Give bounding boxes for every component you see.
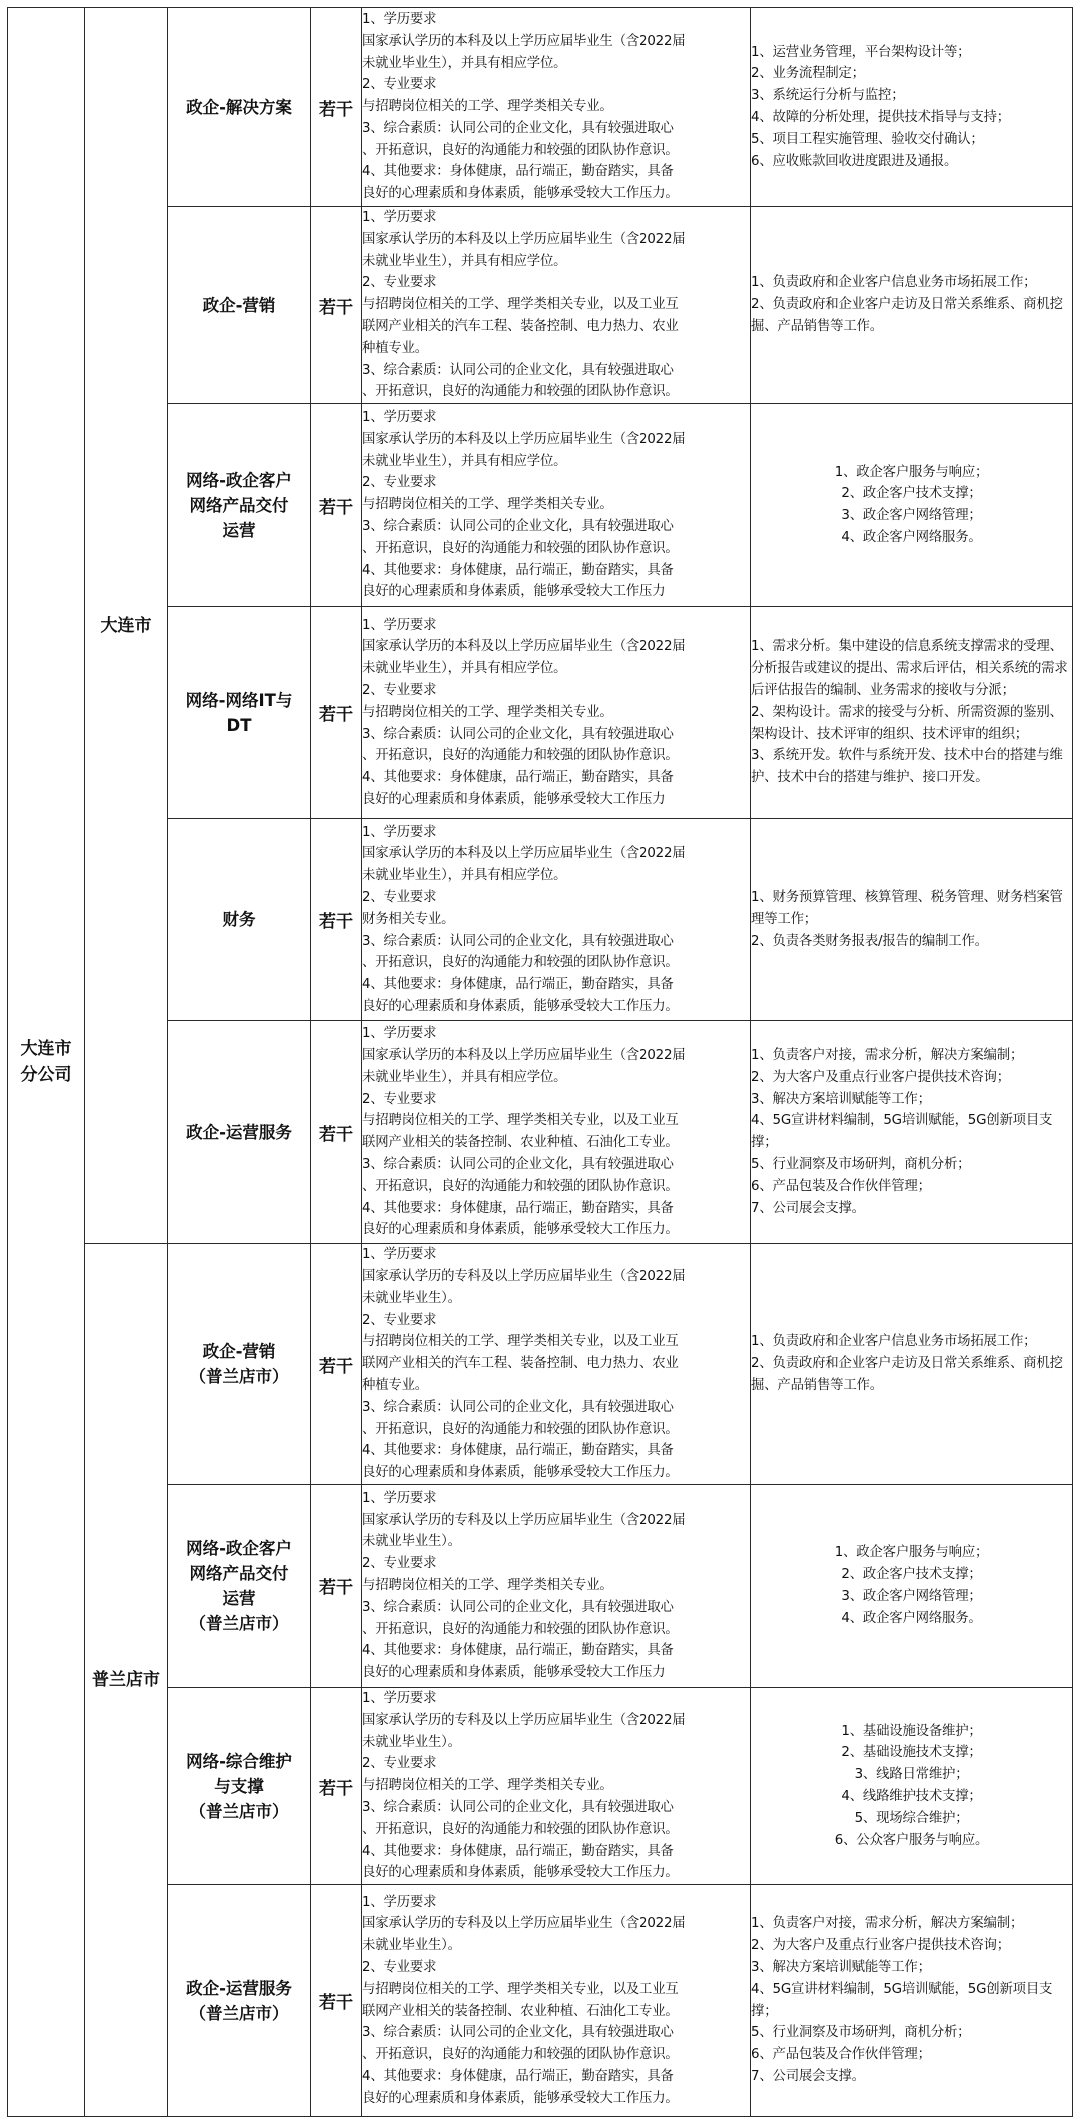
duties-cell: 1、负责政府和企业客户信息业务市场拓展工作；2、负责政府和企业客户走访及日常关系… <box>751 207 1073 404</box>
requirement-line: 1、学历要求 <box>362 9 750 31</box>
duties-cell: 1、财务预算管理、核算管理、税务管理、财务档案管理等工作；2、负责各类财务报表/… <box>751 819 1073 1021</box>
requirement-line: 1、学历要求 <box>362 822 750 844</box>
duties-cell: 1、运营业务管理，平台架构设计等；2、业务流程制定；3、系统运行分析与监控；4、… <box>751 8 1073 207</box>
duty-line: 3、系统开发。软件与系统开发、技术中台的搭建与维护、技术中台的搭建与维护、接口开… <box>751 745 1072 789</box>
duty-line: 4、5G宣讲材料编制，5G培训赋能，5G创新项目支撑； <box>751 1110 1072 1154</box>
requirements-cell: 1、学历要求国家承认学历的专科及以上学历应届毕业生（含2022届未就业毕业生）。… <box>362 1484 751 1687</box>
duty-line: 2、基础设施技术支撑； <box>751 1742 1072 1764</box>
duty-line: 2、业务流程制定； <box>751 63 1072 85</box>
requirement-line: 良好的心理素质和身体素质，能够承受较大工作压力 <box>362 789 750 811</box>
requirement-line: 4、其他要求：身体健康，品行端正，勤奋踏实，具备 <box>362 2066 750 2088</box>
duty-line: 7、公司展会支撑。 <box>751 1198 1072 1220</box>
requirement-line: 、开拓意识，良好的沟通能力和较强的团队协作意识。 <box>362 952 750 974</box>
duty-line: 3、解决方案培训赋能等工作； <box>751 1089 1072 1111</box>
requirement-line: 联网产业相关的汽车工程、装备控制、电力热力、农业 <box>362 1353 750 1375</box>
duty-line: 4、政企客户网络服务。 <box>751 527 1072 549</box>
requirement-line: 未就业毕业生）。 <box>362 1531 750 1553</box>
position-name: 政企-运营服务 （普兰店市） <box>168 1885 311 2117</box>
headcount: 若干 <box>311 607 362 819</box>
requirement-line: 1、学历要求 <box>362 1688 750 1710</box>
requirement-line: 3、综合素质：认同公司的企业文化，具有较强进取心 <box>362 1597 750 1619</box>
requirement-line: 3、综合素质：认同公司的企业文化，具有较强进取心 <box>362 516 750 538</box>
duty-line: 1、政企客户服务与响应； <box>751 1542 1072 1564</box>
requirement-line: 未就业毕业生）。 <box>362 1732 750 1754</box>
requirement-line: 良好的心理素质和身体素质，能够承受较大工作压力。 <box>362 1219 750 1241</box>
requirement-line: 4、其他要求：身体健康，品行端正，勤奋踏实，具备 <box>362 1841 750 1863</box>
duty-line: 4、政企客户网络服务。 <box>751 1608 1072 1630</box>
duty-line: 3、解决方案培训赋能等工作； <box>751 1957 1072 1979</box>
requirement-line: 3、综合素质：认同公司的企业文化，具有较强进取心 <box>362 931 750 953</box>
recruitment-table-body: 大连市 分公司大连市政企-解决方案若干1、学历要求国家承认学历的本科及以上学历应… <box>8 8 1073 2117</box>
requirement-line: 良好的心理素质和身体素质，能够承受较大工作压力。 <box>362 183 750 205</box>
duty-line: 2、政企客户技术支撑； <box>751 483 1072 505</box>
city-cell: 普兰店市 <box>85 1244 168 2117</box>
duty-line: 2、负责各类财务报表/报告的编制工作。 <box>751 931 1072 953</box>
duties-cell: 1、政企客户服务与响应；2、政企客户技术支撑；3、政企客户网络管理；4、政企客户… <box>751 1484 1073 1687</box>
requirements-cell: 1、学历要求国家承认学历的专科及以上学历应届毕业生（含2022届未就业毕业生）。… <box>362 1687 751 1884</box>
requirement-line: 良好的心理素质和身体素质，能够承受较大工作压力 <box>362 581 750 603</box>
duty-line: 1、需求分析。集中建设的信息系统支撑需求的受理、分析报告或建议的提出、需求后评估… <box>751 636 1072 701</box>
requirement-line: 未就业毕业生），并具有相应学位。 <box>362 451 750 473</box>
requirements-cell: 1、学历要求国家承认学历的专科及以上学历应届毕业生（含2022届未就业毕业生）。… <box>362 1244 751 1485</box>
requirement-line: 未就业毕业生），并具有相应学位。 <box>362 53 750 75</box>
requirement-line: 2、专业要求 <box>362 1089 750 1111</box>
position-name: 网络-网络IT与 DT <box>168 607 311 819</box>
duties-cell: 1、需求分析。集中建设的信息系统支撑需求的受理、分析报告或建议的提出、需求后评估… <box>751 607 1073 819</box>
duty-line: 4、线路维护技术支撑； <box>751 1786 1072 1808</box>
recruitment-table: 大连市 分公司大连市政企-解决方案若干1、学历要求国家承认学历的本科及以上学历应… <box>7 7 1073 2117</box>
company-cell: 大连市 分公司 <box>8 8 85 2117</box>
requirement-line: 2、专业要求 <box>362 887 750 909</box>
duty-line: 2、负责政府和企业客户走访及日常关系维系、商机挖掘、产品销售等工作。 <box>751 294 1072 338</box>
headcount: 若干 <box>311 1484 362 1687</box>
position-name: 网络-综合维护 与支撑 （普兰店市） <box>168 1687 311 1884</box>
requirement-line: 、开拓意识，良好的沟通能力和较强的团队协作意识。 <box>362 140 750 162</box>
duty-line: 3、系统运行分析与监控； <box>751 85 1072 107</box>
requirement-line: 3、综合素质：认同公司的企业文化，具有较强进取心 <box>362 724 750 746</box>
requirement-line: 4、其他要求：身体健康，品行端正，勤奋踏实，具备 <box>362 560 750 582</box>
requirement-line: 未就业毕业生）。 <box>362 1288 750 1310</box>
duty-line: 2、为大客户及重点行业客户提供技术咨询； <box>751 1935 1072 1957</box>
position-name: 政企-运营服务 <box>168 1021 311 1244</box>
duty-line: 4、5G宣讲材料编制，5G培训赋能，5G创新项目支撑； <box>751 1979 1072 2023</box>
requirement-line: 4、其他要求：身体健康，品行端正，勤奋踏实，具备 <box>362 161 750 183</box>
requirement-line: 良好的心理素质和身体素质，能够承受较大工作压力。 <box>362 1862 750 1884</box>
requirements-cell: 1、学历要求国家承认学历的本科及以上学历应届毕业生（含2022届未就业毕业生），… <box>362 607 751 819</box>
requirement-line: 种植专业。 <box>362 338 750 360</box>
requirements-cell: 1、学历要求国家承认学历的本科及以上学历应届毕业生（含2022届未就业毕业生），… <box>362 819 751 1021</box>
requirement-line: 种植专业。 <box>362 1375 750 1397</box>
requirement-line: 联网产业相关的装备控制、农业种植、石油化工专业。 <box>362 2001 750 2023</box>
headcount: 若干 <box>311 1885 362 2117</box>
requirement-line: 1、学历要求 <box>362 1892 750 1914</box>
requirement-line: 国家承认学历的本科及以上学历应届毕业生（含2022届 <box>362 843 750 865</box>
duty-line: 5、项目工程实施管理、验收交付确认； <box>751 129 1072 151</box>
requirement-line: 2、专业要求 <box>362 1553 750 1575</box>
requirement-line: 与招聘岗位相关的工学、理学类相关专业。 <box>362 96 750 118</box>
requirement-line: 与招聘岗位相关的工学、理学类相关专业，以及工业互 <box>362 1979 750 2001</box>
duty-line: 1、负责政府和企业客户信息业务市场拓展工作； <box>751 272 1072 294</box>
duty-line: 3、线路日常维护； <box>751 1764 1072 1786</box>
requirements-cell: 1、学历要求国家承认学历的本科及以上学历应届毕业生（含2022届未就业毕业生），… <box>362 207 751 404</box>
requirement-line: 3、综合素质：认同公司的企业文化，具有较强进取心 <box>362 1397 750 1419</box>
requirement-line: 良好的心理素质和身体素质，能够承受较大工作压力 <box>362 1662 750 1684</box>
requirement-line: 、开拓意识，良好的沟通能力和较强的团队协作意识。 <box>362 745 750 767</box>
requirement-line: 国家承认学历的专科及以上学历应届毕业生（含2022届 <box>362 1913 750 1935</box>
requirement-line: 、开拓意识，良好的沟通能力和较强的团队协作意识。 <box>362 1176 750 1198</box>
requirement-line: 3、综合素质：认同公司的企业文化，具有较强进取心 <box>362 360 750 382</box>
duty-line: 1、政企客户服务与响应； <box>751 462 1072 484</box>
duty-line: 6、产品包装及合作伙伴管理； <box>751 2044 1072 2066</box>
duty-line: 3、政企客户网络管理； <box>751 1586 1072 1608</box>
requirement-line: 与招聘岗位相关的工学、理学类相关专业。 <box>362 702 750 724</box>
requirement-line: 联网产业相关的装备控制、农业种植、石油化工专业。 <box>362 1132 750 1154</box>
duty-line: 2、架构设计。需求的接受与分析、所需资源的鉴别、架构设计、技术评审的组织、技术评… <box>751 702 1072 746</box>
requirement-line: 4、其他要求：身体健康，品行端正，勤奋踏实，具备 <box>362 974 750 996</box>
requirement-line: 3、综合素质：认同公司的企业文化，具有较强进取心 <box>362 1797 750 1819</box>
position-name: 政企-解决方案 <box>168 8 311 207</box>
requirement-line: 国家承认学历的专科及以上学历应届毕业生（含2022届 <box>362 1710 750 1732</box>
requirement-line: 国家承认学历的专科及以上学历应届毕业生（含2022届 <box>362 1510 750 1532</box>
requirement-line: 与招聘岗位相关的工学、理学类相关专业，以及工业互 <box>362 1331 750 1353</box>
requirement-line: 3、综合素质：认同公司的企业文化，具有较强进取心 <box>362 118 750 140</box>
requirement-line: 1、学历要求 <box>362 1488 750 1510</box>
duty-line: 4、故障的分析处理，提供技术指导与支持； <box>751 107 1072 129</box>
requirement-line: 国家承认学历的本科及以上学历应届毕业生（含2022届 <box>362 229 750 251</box>
requirement-line: 2、专业要求 <box>362 1753 750 1775</box>
requirement-line: 、开拓意识，良好的沟通能力和较强的团队协作意识。 <box>362 1619 750 1641</box>
requirement-line: 未就业毕业生），并具有相应学位。 <box>362 658 750 680</box>
duty-line: 7、公司展会支撑。 <box>751 2066 1072 2088</box>
duty-line: 1、基础设施设备维护； <box>751 1721 1072 1743</box>
requirement-line: 1、学历要求 <box>362 1244 750 1266</box>
duty-line: 5、行业洞察及市场研判，商机分析； <box>751 2022 1072 2044</box>
requirement-line: 2、专业要求 <box>362 74 750 96</box>
requirement-line: 、开拓意识，良好的沟通能力和较强的团队协作意识。 <box>362 381 750 403</box>
requirement-line: 4、其他要求：身体健康，品行端正，勤奋踏实，具备 <box>362 767 750 789</box>
table-row: 网络-政企客户 网络产品交付 运营 （普兰店市）若干1、学历要求国家承认学历的专… <box>8 1484 1073 1687</box>
position-name: 网络-政企客户 网络产品交付 运营 <box>168 404 311 607</box>
requirement-line: 2、专业要求 <box>362 1957 750 1979</box>
requirement-line: 、开拓意识，良好的沟通能力和较强的团队协作意识。 <box>362 1419 750 1441</box>
requirement-line: 3、综合素质：认同公司的企业文化，具有较强进取心 <box>362 2022 750 2044</box>
requirement-line: 与招聘岗位相关的工学、理学类相关专业，以及工业互 <box>362 294 750 316</box>
table-row: 政企-运营服务若干1、学历要求国家承认学历的本科及以上学历应届毕业生（含2022… <box>8 1021 1073 1244</box>
table-row: 大连市 分公司大连市政企-解决方案若干1、学历要求国家承认学历的本科及以上学历应… <box>8 8 1073 207</box>
requirement-line: 与招聘岗位相关的工学、理学类相关专业。 <box>362 1575 750 1597</box>
duty-line: 1、负责客户对接，需求分析，解决方案编制； <box>751 1913 1072 1935</box>
table-row: 网络-综合维护 与支撑 （普兰店市）若干1、学历要求国家承认学历的专科及以上学历… <box>8 1687 1073 1884</box>
table-row: 网络-政企客户 网络产品交付 运营若干1、学历要求国家承认学历的本科及以上学历应… <box>8 404 1073 607</box>
requirement-line: 良好的心理素质和身体素质，能够承受较大工作压力。 <box>362 996 750 1018</box>
headcount: 若干 <box>311 1687 362 1884</box>
table-row: 政企-营销若干1、学历要求国家承认学历的本科及以上学历应届毕业生（含2022届未… <box>8 207 1073 404</box>
position-name: 网络-政企客户 网络产品交付 运营 （普兰店市） <box>168 1484 311 1687</box>
headcount: 若干 <box>311 1244 362 1485</box>
duty-line: 3、政企客户网络管理； <box>751 505 1072 527</box>
table-row: 普兰店市政企-营销 （普兰店市）若干1、学历要求国家承认学历的专科及以上学历应届… <box>8 1244 1073 1485</box>
requirement-line: 国家承认学历的本科及以上学历应届毕业生（含2022届 <box>362 1045 750 1067</box>
requirement-line: 4、其他要求：身体健康，品行端正，勤奋踏实，具备 <box>362 1640 750 1662</box>
position-name: 财务 <box>168 819 311 1021</box>
requirement-line: 未就业毕业生），并具有相应学位。 <box>362 251 750 273</box>
requirement-line: 2、专业要求 <box>362 272 750 294</box>
requirement-line: 国家承认学历的本科及以上学历应届毕业生（含2022届 <box>362 429 750 451</box>
requirement-line: 与招聘岗位相关的工学、理学类相关专业。 <box>362 1775 750 1797</box>
requirement-line: 国家承认学历的本科及以上学历应届毕业生（含2022届 <box>362 31 750 53</box>
requirement-line: 2、专业要求 <box>362 680 750 702</box>
duties-cell: 1、负责客户对接，需求分析，解决方案编制；2、为大客户及重点行业客户提供技术咨询… <box>751 1885 1073 2117</box>
position-name: 政企-营销 <box>168 207 311 404</box>
duty-line: 2、负责政府和企业客户走访及日常关系维系、商机挖掘、产品销售等工作。 <box>751 1353 1072 1397</box>
requirements-cell: 1、学历要求国家承认学历的专科及以上学历应届毕业生（含2022届未就业毕业生）。… <box>362 1885 751 2117</box>
requirement-line: 良好的心理素质和身体素质，能够承受较大工作压力。 <box>362 1462 750 1484</box>
requirement-line: 与招聘岗位相关的工学、理学类相关专业。 <box>362 494 750 516</box>
duties-cell: 1、负责客户对接，需求分析，解决方案编制；2、为大客户及重点行业客户提供技术咨询… <box>751 1021 1073 1244</box>
requirement-line: 4、其他要求：身体健康，品行端正，勤奋踏实，具备 <box>362 1198 750 1220</box>
city-cell: 大连市 <box>85 8 168 1244</box>
requirement-line: 良好的心理素质和身体素质，能够承受较大工作压力。 <box>362 2088 750 2110</box>
table-row: 政企-运营服务 （普兰店市）若干1、学历要求国家承认学历的专科及以上学历应届毕业… <box>8 1885 1073 2117</box>
requirement-line: 未就业毕业生），并具有相应学位。 <box>362 1067 750 1089</box>
requirement-line: 国家承认学历的专科及以上学历应届毕业生（含2022届 <box>362 1266 750 1288</box>
duty-line: 1、运营业务管理，平台架构设计等； <box>751 42 1072 64</box>
requirement-line: 未就业毕业生）。 <box>362 1935 750 1957</box>
duty-line: 6、产品包装及合作伙伴管理； <box>751 1176 1072 1198</box>
headcount: 若干 <box>311 819 362 1021</box>
position-name: 政企-营销 （普兰店市） <box>168 1244 311 1485</box>
duty-line: 1、负责客户对接，需求分析，解决方案编制； <box>751 1045 1072 1067</box>
requirement-line: 3、综合素质：认同公司的企业文化，具有较强进取心 <box>362 1154 750 1176</box>
duty-line: 2、为大客户及重点行业客户提供技术咨询； <box>751 1067 1072 1089</box>
duty-line: 5、现场综合维护； <box>751 1808 1072 1830</box>
requirement-line: 1、学历要求 <box>362 207 750 229</box>
duties-cell: 1、基础设施设备维护；2、基础设施技术支撑；3、线路日常维护；4、线路维护技术支… <box>751 1687 1073 1884</box>
headcount: 若干 <box>311 207 362 404</box>
requirement-line: 未就业毕业生），并具有相应学位。 <box>362 865 750 887</box>
requirement-line: 2、专业要求 <box>362 472 750 494</box>
requirements-cell: 1、学历要求国家承认学历的本科及以上学历应届毕业生（含2022届未就业毕业生），… <box>362 1021 751 1244</box>
duty-line: 5、行业洞察及市场研判，商机分析； <box>751 1154 1072 1176</box>
duty-line: 6、应收账款回收进度跟进及通报。 <box>751 151 1072 173</box>
duties-cell: 1、政企客户服务与响应；2、政企客户技术支撑；3、政企客户网络管理；4、政企客户… <box>751 404 1073 607</box>
requirement-line: 2、专业要求 <box>362 1310 750 1332</box>
requirement-line: 与招聘岗位相关的工学、理学类相关专业，以及工业互 <box>362 1110 750 1132</box>
requirement-line: 、开拓意识，良好的沟通能力和较强的团队协作意识。 <box>362 538 750 560</box>
headcount: 若干 <box>311 404 362 607</box>
table-row: 财务若干1、学历要求国家承认学历的本科及以上学历应届毕业生（含2022届未就业毕… <box>8 819 1073 1021</box>
duty-line: 1、财务预算管理、核算管理、税务管理、财务档案管理等工作； <box>751 887 1072 931</box>
table-row: 网络-网络IT与 DT若干1、学历要求国家承认学历的本科及以上学历应届毕业生（含… <box>8 607 1073 819</box>
requirements-cell: 1、学历要求国家承认学历的本科及以上学历应届毕业生（含2022届未就业毕业生），… <box>362 8 751 207</box>
requirement-line: 国家承认学历的本科及以上学历应届毕业生（含2022届 <box>362 636 750 658</box>
requirements-cell: 1、学历要求国家承认学历的本科及以上学历应届毕业生（含2022届未就业毕业生），… <box>362 404 751 607</box>
headcount: 若干 <box>311 8 362 207</box>
requirement-line: 1、学历要求 <box>362 1023 750 1045</box>
duties-cell: 1、负责政府和企业客户信息业务市场拓展工作；2、负责政府和企业客户走访及日常关系… <box>751 1244 1073 1485</box>
requirement-line: 4、其他要求：身体健康，品行端正，勤奋踏实，具备 <box>362 1440 750 1462</box>
requirement-line: 1、学历要求 <box>362 407 750 429</box>
requirement-line: 联网产业相关的汽车工程、装备控制、电力热力、农业 <box>362 316 750 338</box>
duty-line: 2、政企客户技术支撑； <box>751 1564 1072 1586</box>
duty-line: 1、负责政府和企业客户信息业务市场拓展工作； <box>751 1331 1072 1353</box>
requirement-line: 、开拓意识，良好的沟通能力和较强的团队协作意识。 <box>362 2044 750 2066</box>
headcount: 若干 <box>311 1021 362 1244</box>
duty-line: 6、公众客户服务与响应。 <box>751 1830 1072 1852</box>
requirement-line: 、开拓意识，良好的沟通能力和较强的团队协作意识。 <box>362 1819 750 1841</box>
requirement-line: 财务相关专业。 <box>362 909 750 931</box>
requirement-line: 1、学历要求 <box>362 615 750 637</box>
